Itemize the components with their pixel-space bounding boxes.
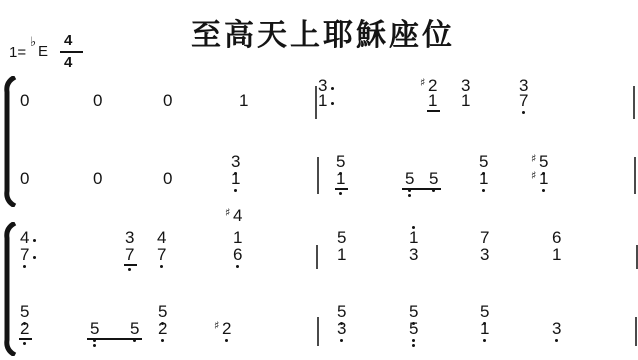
octave-dot-below bbox=[339, 192, 342, 195]
time-signature-denominator: 4 bbox=[64, 54, 72, 71]
octave-dot-below bbox=[542, 189, 545, 192]
note-digit: 5 bbox=[405, 170, 414, 187]
note-digit: 0 bbox=[163, 170, 172, 187]
octave-dot-below bbox=[23, 342, 26, 345]
note-digit: 1 bbox=[337, 246, 346, 263]
note-digit: 1 bbox=[461, 92, 470, 109]
sharp-icon: ♯ bbox=[531, 170, 536, 181]
note-digit: 3 bbox=[480, 246, 489, 263]
note-digit: 5 bbox=[90, 320, 99, 337]
barline bbox=[317, 317, 319, 346]
octave-dot-below bbox=[160, 265, 163, 268]
barline bbox=[315, 86, 317, 119]
augmentation-dot bbox=[331, 102, 334, 105]
note-digit: 3 bbox=[231, 153, 240, 170]
note-digit: 7 bbox=[157, 246, 166, 263]
note-digit: 5 bbox=[337, 229, 346, 246]
key-prefix: 1= bbox=[9, 44, 26, 61]
note-digit: 1 bbox=[231, 170, 240, 187]
system-bracket bbox=[2, 222, 18, 360]
note-digit: 2 bbox=[20, 320, 29, 337]
note-digit: 7 bbox=[125, 246, 134, 263]
note-digit: 1 bbox=[233, 229, 242, 246]
note-digit: 5 bbox=[336, 153, 345, 170]
barline bbox=[634, 157, 636, 194]
note-digit: 5 bbox=[409, 320, 418, 337]
note-digit: 3 bbox=[125, 229, 134, 246]
note-digit: 5 bbox=[130, 320, 139, 337]
note-digit: 6 bbox=[552, 229, 561, 246]
note-digit: 1 bbox=[480, 320, 489, 337]
sharp-icon: ♯ bbox=[225, 207, 230, 218]
augmentation-dot bbox=[331, 87, 334, 90]
note-digit: 1 bbox=[239, 92, 248, 109]
sharp-icon: ♯ bbox=[531, 153, 536, 164]
octave-dot-below bbox=[412, 344, 415, 347]
note-digit: 4 bbox=[157, 229, 166, 246]
octave-dot-below bbox=[412, 339, 415, 342]
octave-dot-below bbox=[408, 194, 411, 197]
sheet-music-page: 至高天上耶穌座位 1= ♭ E 4 4 0001312♯131370003151… bbox=[0, 0, 638, 360]
note-digit: 5 bbox=[539, 153, 548, 170]
note-digit: 1 bbox=[318, 92, 327, 109]
barline bbox=[635, 317, 637, 346]
note-digit: 5 bbox=[337, 303, 346, 320]
beam-underline bbox=[87, 338, 142, 340]
note-digit: 1 bbox=[428, 92, 437, 109]
note-digit: 5 bbox=[409, 303, 418, 320]
barline bbox=[633, 86, 635, 119]
time-signature-bar bbox=[60, 51, 83, 53]
note-digit: 1 bbox=[336, 170, 345, 187]
eighth-underline bbox=[335, 188, 348, 190]
octave-dot-below bbox=[161, 339, 164, 342]
note-digit: 3 bbox=[337, 320, 346, 337]
note-digit: 5 bbox=[429, 170, 438, 187]
augmentation-dot bbox=[33, 256, 36, 259]
note-digit: 6 bbox=[233, 246, 242, 263]
octave-dot-below bbox=[483, 339, 486, 342]
note-digit: 1 bbox=[539, 170, 548, 187]
octave-dot-below bbox=[555, 339, 558, 342]
octave-dot-below bbox=[234, 189, 237, 192]
note-digit: 7 bbox=[480, 229, 489, 246]
octave-dot-below bbox=[340, 339, 343, 342]
note-digit: 7 bbox=[20, 246, 29, 263]
octave-dot-below bbox=[522, 111, 525, 114]
eighth-underline bbox=[124, 264, 137, 266]
note-digit: 3 bbox=[552, 320, 561, 337]
eighth-underline bbox=[427, 110, 440, 112]
octave-dot-below bbox=[236, 265, 239, 268]
note-digit: 1 bbox=[409, 229, 418, 246]
note-digit: 2 bbox=[222, 320, 231, 337]
barline bbox=[317, 157, 319, 194]
note-digit: 7 bbox=[519, 92, 528, 109]
note-digit: 1 bbox=[552, 246, 561, 263]
octave-dot-below bbox=[23, 265, 26, 268]
octave-dot-below bbox=[482, 189, 485, 192]
flat-icon: ♭ bbox=[30, 34, 36, 50]
system-bracket bbox=[2, 76, 18, 212]
note-digit: 0 bbox=[20, 170, 29, 187]
note-digit: 0 bbox=[163, 92, 172, 109]
barline bbox=[316, 245, 318, 269]
bracket-glyph bbox=[2, 222, 18, 356]
note-digit: 2 bbox=[158, 320, 167, 337]
note-digit: 5 bbox=[480, 303, 489, 320]
time-signature-numerator: 4 bbox=[64, 32, 72, 49]
note-digit: 0 bbox=[20, 92, 29, 109]
key-letter: E bbox=[38, 43, 48, 60]
note-digit: 3 bbox=[409, 246, 418, 263]
note-digit: 0 bbox=[93, 92, 102, 109]
augmentation-dot bbox=[33, 239, 36, 242]
sharp-icon: ♯ bbox=[214, 320, 219, 331]
bracket-glyph bbox=[2, 76, 18, 207]
song-title: 至高天上耶穌座位 bbox=[0, 10, 638, 54]
note-digit: 5 bbox=[20, 303, 29, 320]
note-digit: 5 bbox=[158, 303, 167, 320]
note-digit: 1 bbox=[479, 170, 488, 187]
octave-dot-below bbox=[128, 268, 131, 271]
octave-dot-below bbox=[93, 344, 96, 347]
eighth-underline bbox=[19, 338, 32, 340]
octave-dot-above bbox=[412, 226, 415, 229]
octave-dot-below bbox=[225, 339, 228, 342]
sharp-icon: ♯ bbox=[420, 77, 425, 88]
note-digit: 4 bbox=[20, 229, 29, 246]
note-digit: 4 bbox=[233, 207, 242, 224]
note-digit: 0 bbox=[93, 170, 102, 187]
beam-underline bbox=[402, 188, 441, 190]
note-digit: 5 bbox=[479, 153, 488, 170]
